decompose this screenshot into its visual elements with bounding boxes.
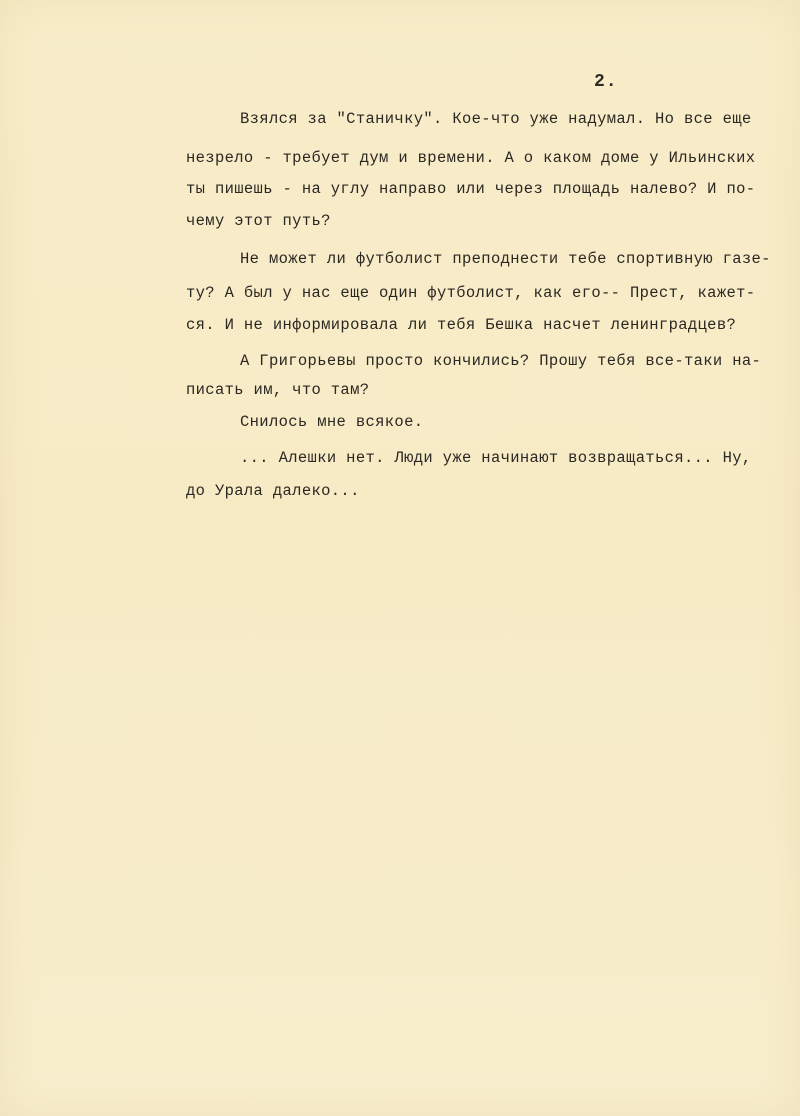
text-line: ... Алешки нет. Люди уже начинают возвра…	[240, 449, 752, 467]
text-line: Взялся за "Станичку". Кое-что уже надума…	[240, 110, 752, 128]
text-line: до Урала далеко...	[186, 482, 360, 500]
text-line: ту? А был у нас еще один футболист, как …	[186, 284, 755, 302]
text-line: чему этот путь?	[186, 212, 331, 230]
text-line: ты пишешь - на углу направо или через пл…	[186, 180, 755, 198]
text-line: писать им, что там?	[186, 381, 369, 399]
text-line: А Григорьевы просто кончились? Прошу теб…	[240, 352, 761, 370]
typewritten-page: 2. Взялся за "Станичку". Кое-что уже над…	[0, 0, 800, 1116]
text-line: незрело - требует дум и времени. А о как…	[186, 149, 755, 167]
text-line: Не может ли футболист преподнести тебе с…	[240, 250, 771, 268]
page-number: 2.	[594, 72, 618, 92]
text-line: ся. И не информировала ли тебя Бешка нас…	[186, 316, 736, 334]
text-line: Снилось мне всякое.	[240, 413, 423, 431]
